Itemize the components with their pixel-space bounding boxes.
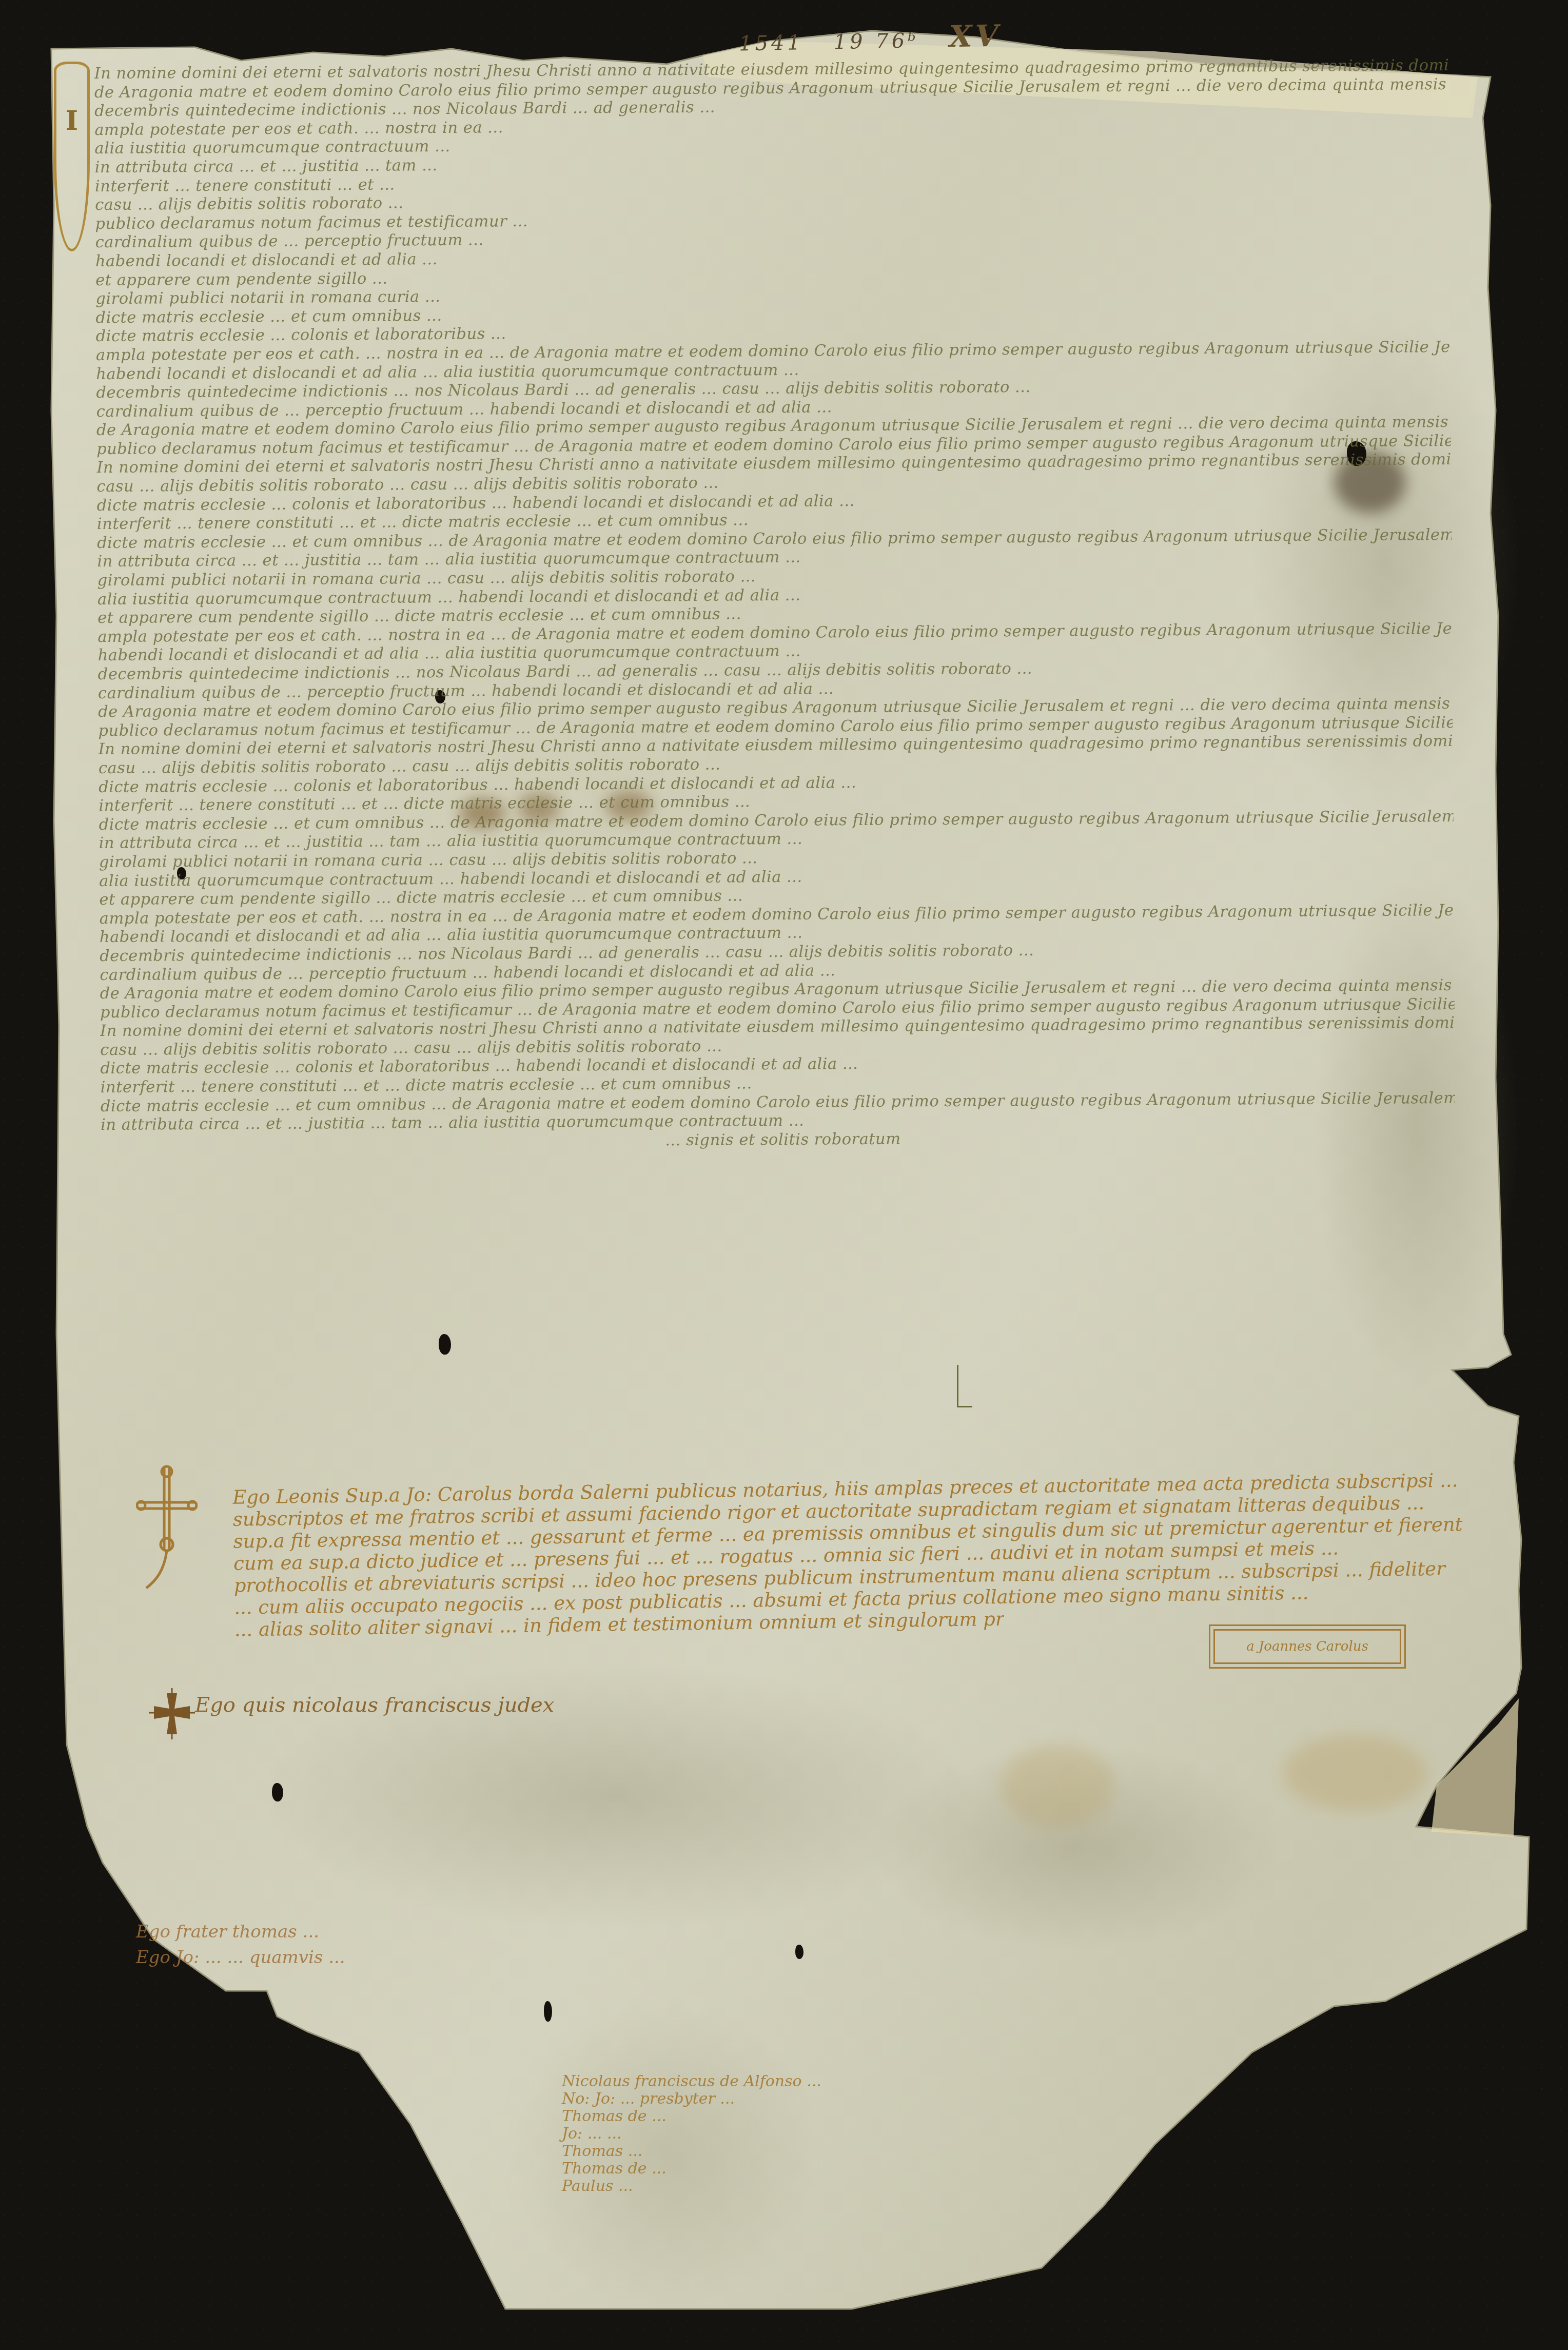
cross-pattee-icon — [149, 1688, 195, 1739]
witness-list-item: Nicolaus franciscus de Alfonso ... — [562, 2073, 821, 2090]
shelfmark-roman: XV — [949, 18, 1002, 54]
witness-line: Ego frater thomas ... — [136, 1919, 345, 1945]
shelfmark-numbers: 19 76ᵇ — [833, 29, 919, 54]
initial-letter: I — [62, 105, 82, 136]
decorated-initial: I — [54, 62, 90, 251]
shelfmark-year: 1541 — [739, 31, 804, 55]
judge-signature: Ego quis nicolaus franciscus judex — [195, 1693, 554, 1717]
shelfmark: 1541 19 76ᵇ XV — [738, 18, 1002, 58]
notary-name-cartouche: a Joannes Carolus — [1213, 1629, 1401, 1664]
witnesses-list: Nicolaus franciscus de Alfonso ... No: J… — [562, 2073, 821, 2195]
witness-list-item: Thomas ... — [562, 2143, 821, 2160]
text-filler-lines: ampla potestate per eos et cath. ... nos… — [96, 338, 1455, 1135]
witness-list-item: Thomas de ... — [562, 2108, 821, 2125]
notary-subscription: Ego Leonis Sup.a Jo: Carolus borda Saler… — [232, 1469, 1466, 1640]
main-text-body: In nomine domini dei eterni et salvatori… — [94, 56, 1456, 1154]
witness-line: Ego Jo: ... ... quamvis ... — [136, 1945, 345, 1970]
witness-list-item: No: Jo: ... presbyter ... — [562, 2090, 821, 2108]
witness-signature: Ego frater thomas ... Ego Jo: ... ... qu… — [136, 1919, 345, 1970]
notarial-cross-icon — [136, 1462, 198, 1591]
witness-list-item: Thomas de ... — [562, 2160, 821, 2178]
notary-flourish-mark — [957, 1365, 958, 1406]
cartouche-text: a Joannes Carolus — [1246, 1639, 1368, 1654]
witness-list-item: Jo: ... ... — [562, 2125, 821, 2143]
witness-list-item: Paulus ... — [562, 2178, 821, 2195]
